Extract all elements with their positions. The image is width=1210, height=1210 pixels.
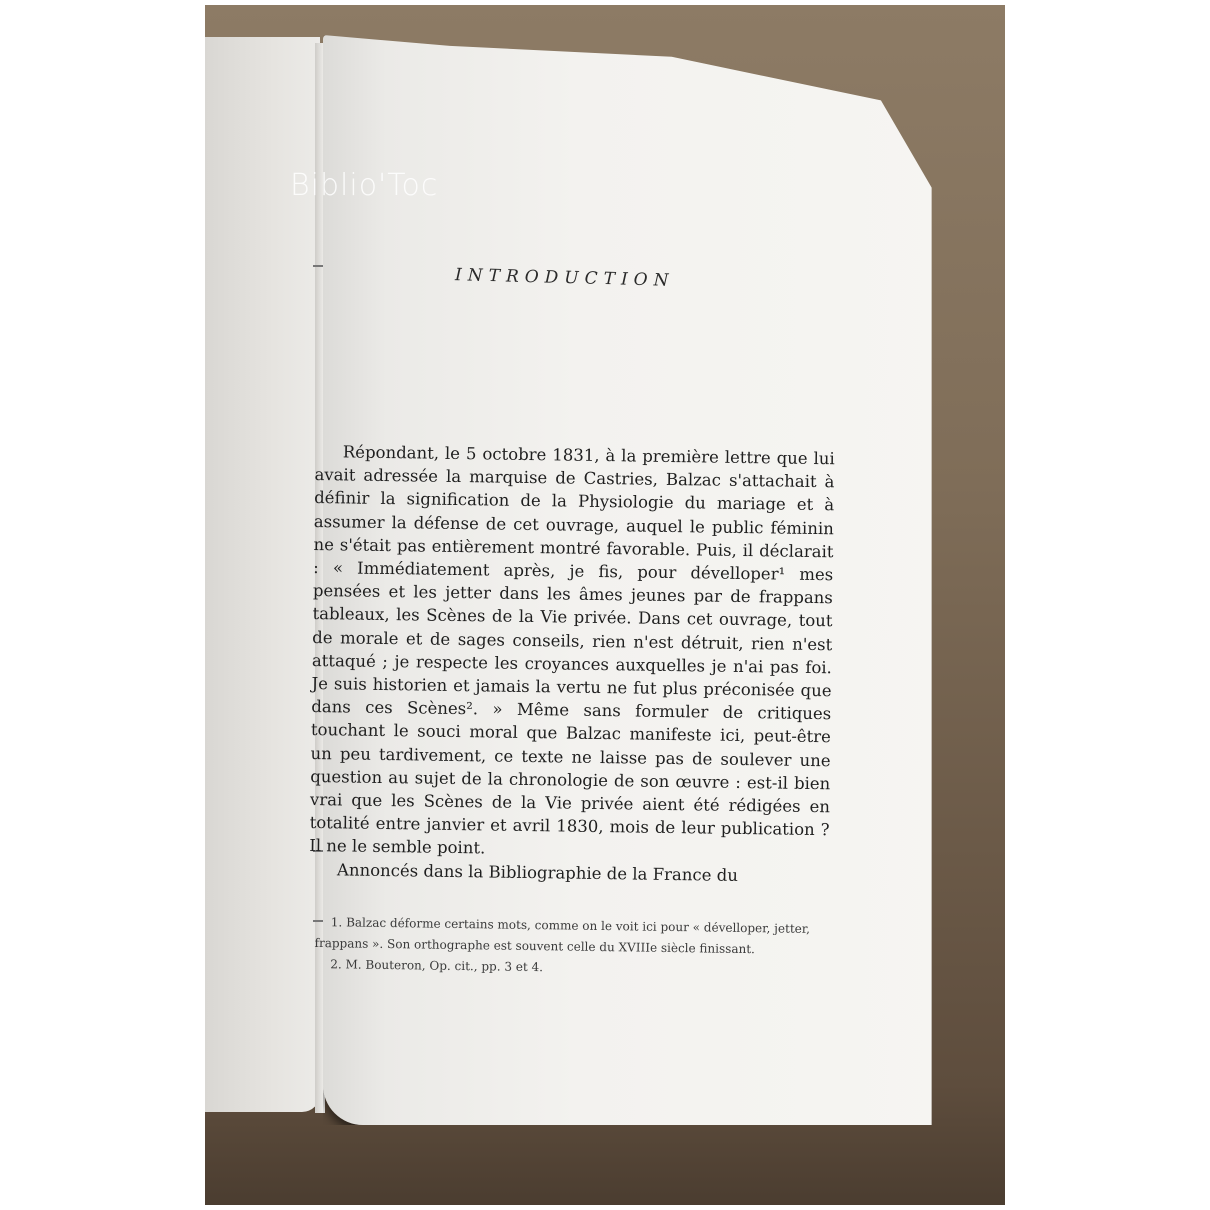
binding-stitch — [313, 265, 323, 267]
paragraph: Répondant, le 5 octobre 1831, à la premi… — [309, 440, 835, 865]
body-text: Répondant, le 5 octobre 1831, à la premi… — [309, 440, 835, 888]
footnote: 1. Balzac déforme certains mots, comme o… — [314, 912, 835, 961]
footnotes: 1. Balzac déforme certains mots, comme o… — [314, 912, 835, 982]
watermark-logo: Biblio'Toc — [290, 168, 438, 203]
